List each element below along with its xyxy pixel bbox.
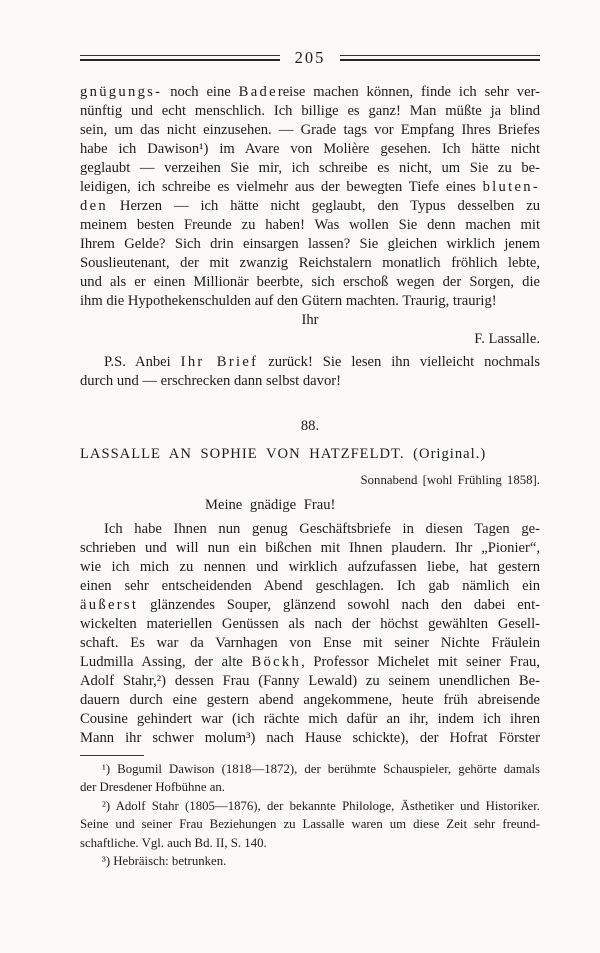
- text-line: äußerst glänzendes Souper, glänzend sowo…: [80, 596, 540, 615]
- letter-88: 88. LASSALLE AN SOPHIE VON HATZFELDT. (O…: [80, 417, 540, 748]
- text-segment: ¹) Bogumil Dawison (1818—1872), der berü…: [102, 762, 540, 776]
- footnotes: ¹) Bogumil Dawison (1818—1872), der berü…: [80, 760, 540, 872]
- text-segment: wie ich mich zu nennen und wirklich aufz…: [80, 559, 540, 575]
- text-line: sein, um das nicht einzusehen. — Grade t…: [80, 121, 540, 140]
- footnotes-section: ¹) Bogumil Dawison (1818—1872), der berü…: [80, 755, 540, 872]
- letter-88-salutation: Meine gnädige Frau!: [80, 496, 540, 515]
- text-segment: , Professor Michelet mit seiner Frau,: [301, 654, 540, 670]
- text-line: Ludmilla Assing, der alte Böckh, Profess…: [80, 653, 540, 672]
- text-segment: ihm die Hypothekenschulden auf den Güter…: [80, 293, 497, 309]
- text-segment: geglaubt — verzeihen Sie mir, ich schrei…: [80, 160, 540, 176]
- text-segment: wickelten materiellen Genüssen als nach …: [80, 616, 540, 632]
- header-rule-right: [340, 55, 540, 61]
- text-segment: einen sehr entscheidenden Abend geschlag…: [80, 578, 540, 594]
- text-segment: dauern durch eine gestern abend angekomm…: [80, 692, 540, 708]
- text-segment: Cousine gehindert war (ich rächte mich d…: [80, 711, 540, 727]
- letter-87-signature: F. Lassalle.: [80, 330, 540, 349]
- emphasized-text: gnügungs-: [80, 84, 162, 100]
- text-line: gnügungs- noch eine Badereise machen kön…: [80, 83, 540, 102]
- text-line: ³) Hebräisch: betrunken.: [80, 852, 540, 871]
- running-head: 205: [80, 50, 540, 67]
- text-segment: P.S. Anbei: [104, 354, 181, 370]
- text-segment: reise machen können, finde ich sehr ver-: [278, 84, 540, 100]
- text-segment: ³) Hebräisch: betrunken.: [102, 854, 226, 868]
- text-segment: Mann ihr schwer molum³) nach Hause schic…: [80, 730, 540, 746]
- emphasized-text: äußerst: [80, 597, 138, 613]
- text-segment: Adolf Stahr,²) dessen Frau (Fanny Lewald…: [80, 673, 540, 689]
- text-line: nünftig und echt menschlich. Ich billige…: [80, 102, 540, 121]
- text-segment: Souslieutenant, der mit zwanzig Reichsta…: [80, 255, 540, 271]
- text-line: Adolf Stahr,²) dessen Frau (Fanny Lewald…: [80, 672, 540, 691]
- text-line: Souslieutenant, der mit zwanzig Reichsta…: [80, 254, 540, 273]
- text-line: Ich habe Ihnen nun genug Geschäftsbriefe…: [80, 520, 540, 539]
- text-line: schaftliche. Vgl. auch Bd. II, S. 140.: [80, 834, 540, 853]
- emphasized-text: den: [80, 198, 108, 214]
- text-segment: Ihrem Gelde? Sich drin einsargen lassen?…: [80, 236, 540, 252]
- text-line: einen sehr entscheidenden Abend geschlag…: [80, 577, 540, 596]
- text-segment: meinem besten Freunde zu haben! Was woll…: [80, 217, 540, 233]
- text-segment: Seine und seiner Frau Beziehungen zu Las…: [80, 817, 540, 831]
- emphasized-text: Böckh: [251, 654, 301, 670]
- text-line: wickelten materiellen Genüssen als nach …: [80, 615, 540, 634]
- emphasized-text: Bade: [239, 84, 278, 100]
- text-segment: schaft. Es war da Varnhagen von Ense mit…: [80, 635, 540, 651]
- text-segment: zurück! Sie lesen ihn vielleicht nochmal…: [258, 354, 540, 370]
- text-segment: Ludmilla Assing, der alte: [80, 654, 251, 670]
- text-segment: glänzendes Souper, glänzend sowohl nach …: [138, 597, 540, 613]
- text-line: leidigen, ich schreibe es vielmehr aus d…: [80, 178, 540, 197]
- emphasized-text: bluten-: [483, 179, 540, 195]
- text-line: Seine und seiner Frau Beziehungen zu Las…: [80, 815, 540, 834]
- text-line: und als er einen Millionär beerbte, sich…: [80, 273, 540, 292]
- text-line: dauern durch eine gestern abend angekomm…: [80, 691, 540, 710]
- text-line: Ihrem Gelde? Sich drin einsargen lassen?…: [80, 235, 540, 254]
- text-segment: schaftliche. Vgl. auch Bd. II, S. 140.: [80, 836, 267, 850]
- letter-87-continuation: gnügungs- noch eine Badereise machen kön…: [80, 83, 540, 391]
- page-number: 205: [289, 50, 332, 67]
- text-line: meinem besten Freunde zu haben! Was woll…: [80, 216, 540, 235]
- book-page: 205 gnügungs- noch eine Badereise machen…: [0, 0, 600, 953]
- text-line: wie ich mich zu nennen und wirklich aufz…: [80, 558, 540, 577]
- letter-88-dateline: Sonnabend [wohl Frühling 1858].: [80, 471, 540, 490]
- text-line: den Herzen — ich hätte nicht geglaubt, d…: [80, 197, 540, 216]
- text-segment: nünftig und echt menschlich. Ich billige…: [80, 103, 540, 119]
- text-segment: noch eine: [162, 84, 238, 100]
- text-segment: ²) Adolf Stahr (1805—1876), der bekannte…: [102, 799, 540, 813]
- text-line: P.S. Anbei Ihr Brief zurück! Sie lesen i…: [80, 353, 540, 372]
- text-segment: Herzen — ich hätte nicht geglaubt, den T…: [108, 198, 540, 214]
- text-line: habe ich Dawison¹) im Avare von Molière …: [80, 140, 540, 159]
- text-line: Mann ihr schwer molum³) nach Hause schic…: [80, 729, 540, 748]
- text-line: ²) Adolf Stahr (1805—1876), der bekannte…: [80, 797, 540, 816]
- text-segment: habe ich Dawison¹) im Avare von Molière …: [80, 141, 540, 157]
- text-segment: schrieben und will nun ein bißchen mit I…: [80, 540, 540, 556]
- text-line: durch und — erschrecken dann selbst davo…: [80, 372, 540, 391]
- footnote-separator-rule: [80, 755, 144, 756]
- text-segment: der Dresdener Hofbühne an.: [80, 780, 225, 794]
- text-line: geglaubt — verzeihen Sie mir, ich schrei…: [80, 159, 540, 178]
- letter-87-postscript: P.S. Anbei Ihr Brief zurück! Sie lesen i…: [80, 353, 540, 391]
- text-segment: und als er einen Millionär beerbte, sich…: [80, 274, 540, 290]
- letter-88-body: Ich habe Ihnen nun genug Geschäftsbriefe…: [80, 520, 540, 748]
- text-line: ihm die Hypothekenschulden auf den Güter…: [80, 292, 540, 311]
- text-line: schrieben und will nun ein bißchen mit I…: [80, 539, 540, 558]
- text-segment: leidigen, ich schreibe es vielmehr aus d…: [80, 179, 483, 195]
- letter-88-number: 88.: [80, 417, 540, 436]
- header-rule-left: [80, 55, 280, 61]
- emphasized-text: Ihr Brief: [181, 354, 259, 370]
- letter-87-closing: Ihr: [80, 311, 540, 330]
- text-line: der Dresdener Hofbühne an.: [80, 778, 540, 797]
- text-segment: sein, um das nicht einzusehen. — Grade t…: [80, 122, 540, 138]
- letter-87-body: gnügungs- noch eine Badereise machen kön…: [80, 83, 540, 311]
- text-line: ¹) Bogumil Dawison (1818—1872), der berü…: [80, 760, 540, 779]
- text-segment: Ich habe Ihnen nun genug Geschäftsbriefe…: [104, 521, 540, 537]
- text-segment: durch und — erschrecken dann selbst davo…: [80, 373, 341, 389]
- text-line: schaft. Es war da Varnhagen von Ense mit…: [80, 634, 540, 653]
- text-line: Cousine gehindert war (ich rächte mich d…: [80, 710, 540, 729]
- letter-88-title: LASSALLE AN SOPHIE VON HATZFELDT. (Origi…: [80, 445, 540, 464]
